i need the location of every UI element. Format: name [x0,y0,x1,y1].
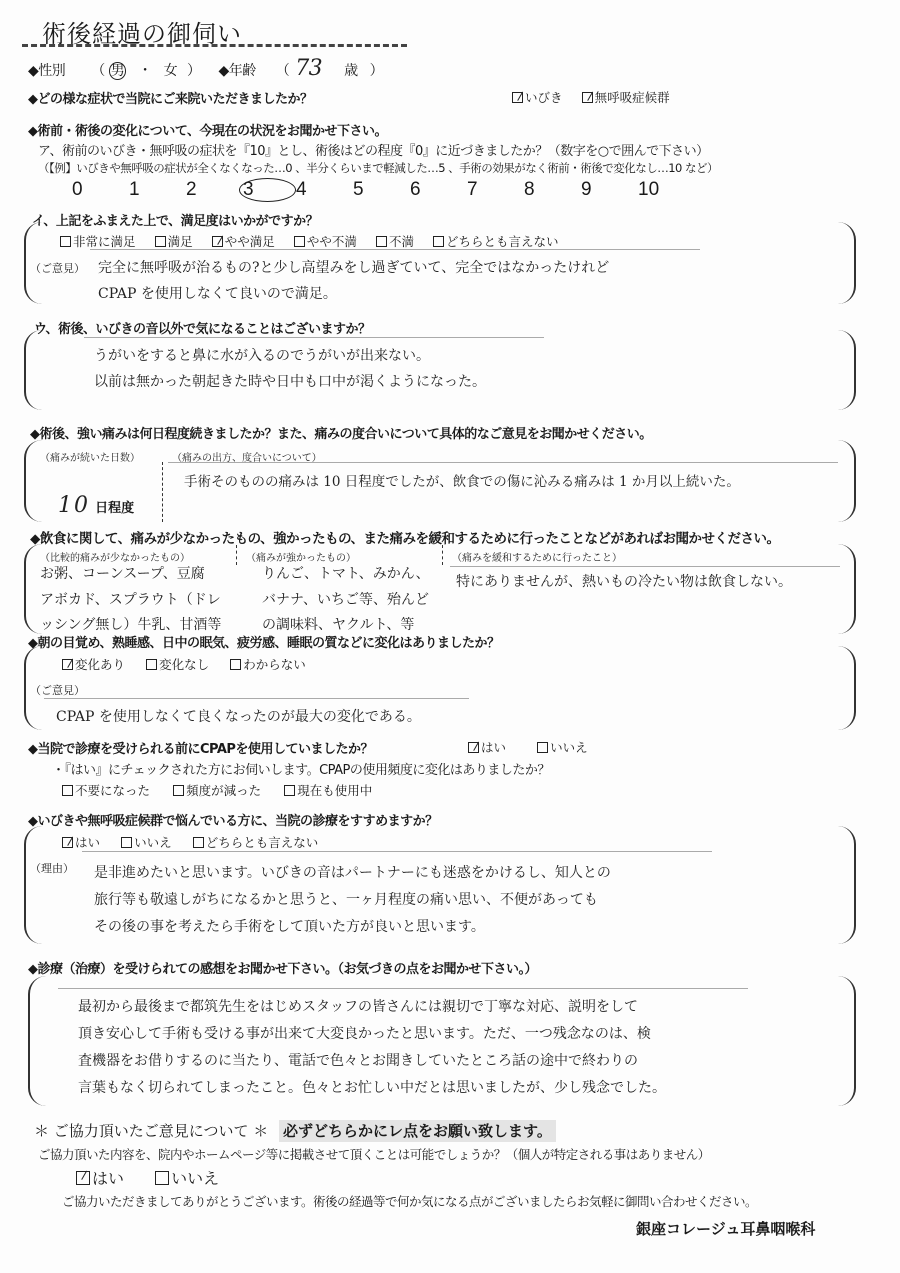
impression-divider [58,988,748,989]
symptoms-question: ◆どの様な症状で当院にご来院いただきましたか？ [28,88,313,107]
concerns-line-2[interactable]: 以前は無かった朝起きた時や日中も口中が渇くようになった。 [94,371,486,391]
scale-1[interactable]: 1 [129,179,186,201]
checkbox-icon [146,659,157,670]
scale-9[interactable]: 9 [581,179,638,201]
cpap-followup: ・『はい』にチェックされた方にお伺いします。CPAPの使用頻度に変化はありました… [52,759,550,778]
recommend-divider [82,851,712,852]
pain-days-label: （痛みが続いた日数） [40,449,140,464]
checkbox-icon [512,92,523,103]
change-scale: 012345678910 [72,178,695,202]
sleep-opinion-label: （ご意見） [30,682,85,698]
checkbox-icon [230,659,241,670]
satisfaction-very-satisfied[interactable]: 非常に満足 [60,232,136,250]
checkbox-icon [376,236,387,247]
checkbox-icon [76,1171,90,1185]
cpap-frequency-reduced[interactable]: 頻度が減った [173,781,261,799]
checkbox-icon [193,837,204,848]
sleep-no-change[interactable]: 変化なし [146,655,209,673]
symptoms-options: いびき 無呼吸症候群 [512,87,684,106]
checkbox-icon [62,785,73,796]
satisfaction-somewhat-satisfied[interactable]: やや満足 [212,232,275,250]
concerns-box [24,330,856,410]
checkbox-icon [468,742,479,753]
satisfaction-dissatisfied[interactable]: 不満 [376,232,414,250]
age-label: ◆年齢 [219,63,256,79]
gender-row: ◆性別 （ 男 ・ 女 ） ◆年齢 （ 73 歳 ） [28,56,383,81]
food-col2-label: （痛みが強かったもの） [246,549,356,564]
consent-highlight: 必ずどちらかにレ点をお願い致します。 [279,1120,556,1142]
pain-detail[interactable]: 手術そのものの痛みは 10 日程度でしたが、飲食での傷に沁みる痛みは 1 か月以… [184,470,740,490]
cpap-no-longer-needed[interactable]: 不要になった [62,781,150,799]
checkbox-icon [155,1171,169,1185]
satisfaction-opinion-label: （ご意見） [30,260,85,276]
checkbox-icon [294,236,305,247]
sleep-changed[interactable]: 変化あり [62,655,125,673]
cpap-still-using[interactable]: 現在も使用中 [284,781,372,799]
change-question: ◆術前・術後の変化について、今現在の状況をお聞かせ下さい。 [28,120,387,139]
recommend-reason-line-2[interactable]: 旅行等も敬遠しがちになるかと思うと、一ヶ月程度の痛い思い、不便があっても [94,889,598,909]
checkbox-icon [60,236,71,247]
title-divider [22,44,407,47]
pain-days-value: 10 [58,493,90,518]
satisfaction-divider [90,249,700,250]
pain-divider [168,462,838,463]
cpap-no[interactable]: いいえ [537,738,588,756]
food-col2-line-1[interactable]: りんご、トマト、みかん、 [262,563,430,583]
scale-3-selected[interactable]: 3 [239,178,296,202]
scale-6[interactable]: 6 [410,179,467,201]
checkbox-icon [212,236,223,247]
consent-yes[interactable]: はい [76,1166,124,1189]
impression-question: ◆診療（治療）を受けられての感想をお聞かせ下さい。（お気づきの点をお聞かせ下さい… [28,958,537,977]
food-column-divider-1 [236,545,237,565]
gender-male-option[interactable]: 男 [109,62,127,80]
satisfaction-satisfied[interactable]: 満足 [155,232,193,250]
scale-7[interactable]: 7 [467,179,524,201]
sleep-divider [44,698,469,699]
satisfaction-opinion-line-1[interactable]: 完全に無呼吸が治るもの?と少し高望みをし過ぎていて、完全ではなかったけれど [98,257,609,277]
age-value[interactable]: 73 [295,56,322,81]
food-col2-line-2[interactable]: バナナ、いちご等、殆んど [262,589,429,609]
cpap-question: ◆当院で診療を受けられる前にCPAPを使用していましたか？ [28,738,373,757]
checkbox-icon [582,92,593,103]
cpap-options: はい いいえ [468,737,602,756]
satisfaction-somewhat-dissatisfied[interactable]: やや不満 [294,232,357,250]
food-col1-line-3[interactable]: ッシング無し）牛乳、甘酒等 [40,614,221,634]
sleep-options: 変化あり 変化なし わからない [62,654,320,673]
footer-thanks: ご協力いただきましてありがとうございます。術後の経過等で何か気になる点がございま… [62,1192,757,1210]
satisfaction-options: 非常に満足 満足 やや満足 やや不満 不満 どちらとも言えない [60,231,573,250]
recommend-yes[interactable]: はい [62,833,100,851]
satisfaction-neither[interactable]: どちらとも言えない [433,232,559,250]
satisfaction-opinion-line-2[interactable]: CPAP を使用しなくて良いので満足。 [98,283,337,303]
change-sub-a: ア、術前のいびき・無呼吸の症状を『10』とし、術後はどの程度『0』に近づきました… [38,140,709,159]
consent-heading: ＊ ご協力頂いたご意見について ＊ [34,1122,268,1140]
pain-days-field[interactable]: 10 日程度 [58,493,134,518]
impression-line-3[interactable]: 査機器をお借りするのに当たり、電話で色々とお聞きしていたところ話の途中で終わりの [78,1050,638,1070]
scale-5[interactable]: 5 [353,179,410,201]
symptom-snoring-checkbox[interactable]: いびき [512,88,563,106]
food-col2-line-3[interactable]: の調味料、ヤクルト、等 [262,614,414,634]
recommend-options: はい いいえ どちらとも言えない [62,832,332,851]
pain-column-divider [162,462,163,522]
pain-days-unit: 日程度 [95,501,134,516]
sleep-opinion[interactable]: CPAP を使用しなくて良くなったのが最大の変化である。 [56,706,421,726]
food-col1-label: （比較的痛みが少なかったもの） [40,549,190,564]
sleep-unknown[interactable]: わからない [230,655,306,673]
food-column-divider-2 [442,545,443,565]
checkbox-icon [284,785,295,796]
concerns-line-1[interactable]: うがいをすると鼻に水が入るのでうがいが出来ない。 [94,345,430,365]
food-col3-label: （痛みを緩和するために行ったこと） [452,549,622,564]
recommend-reason-line-3[interactable]: その後の事を考えたら手術をして頂いた方が良いと思います。 [94,916,485,936]
change-example: （【例】いびきや無呼吸の症状が全くなくなった…0 、半分くらいまで軽減した…5 … [38,160,718,176]
cpap-followup-options: 不要になった 頻度が減った 現在も使用中 [62,780,386,799]
impression-line-2[interactable]: 頂き安心して手術も受ける事が出来て大変良かったと思います。ただ、一つ残念なのは、… [78,1023,651,1043]
checkbox-icon [62,837,73,848]
food-col1-line-1[interactable]: お粥、コーンスープ、豆腐 [40,563,205,583]
food-col1-line-2[interactable]: アボカド、スプラウト（ドレ [40,589,221,609]
impression-line-4[interactable]: 言葉もなく切られてしまったこと。色々とお忙しい中だとは思いましたが、少し残念でし… [78,1077,666,1097]
checkbox-icon [433,236,444,247]
checkbox-icon [537,742,548,753]
checkbox-icon [121,837,132,848]
recommend-neither[interactable]: どちらとも言えない [193,833,319,851]
recommend-no[interactable]: いいえ [121,833,172,851]
recommend-reason-label: （理由） [30,860,74,876]
cpap-yes[interactable]: はい [468,738,506,756]
scale-2[interactable]: 2 [186,179,243,201]
scale-0[interactable]: 0 [72,179,129,201]
scale-8[interactable]: 8 [524,179,581,201]
consent-heading-row: ＊ ご協力頂いたご意見について ＊ 必ずどちらかにレ点をお願い致します。 [34,1120,556,1141]
concerns-divider [84,337,544,338]
gender-female-option[interactable]: 女 [164,63,178,79]
checkbox-icon [155,236,166,247]
recommend-reason-line-1[interactable]: 是非進めたいと思います。いびきの音はパートナーにも迷惑をかけるし、知人との [94,862,611,882]
gender-label: ◆性別 [28,63,65,79]
checkbox-icon [173,785,184,796]
symptom-apnea-checkbox[interactable]: 無呼吸症候群 [582,88,670,106]
scale-10[interactable]: 10 [638,179,695,201]
impression-line-1[interactable]: 最初から最後まで都筑先生をはじめスタッフの皆さんには親切で丁寧な対応、説明をして [78,996,638,1016]
food-col3-line-1[interactable]: 特にありませんが、熱いもの冷たい物は飲食しない。 [456,571,792,591]
food-divider [450,566,840,567]
consent-question: ご協力頂いた内容を、院内やホームページ等に掲載させて頂くことは可能でしょうか？（… [38,1145,710,1163]
consent-no[interactable]: いいえ [155,1166,219,1189]
clinic-name: 銀座コレージュ耳鼻咽喉科 [636,1218,815,1239]
checkbox-icon [62,659,73,670]
consent-options: はい いいえ [76,1166,233,1189]
scale-4[interactable]: 4 [296,179,353,201]
